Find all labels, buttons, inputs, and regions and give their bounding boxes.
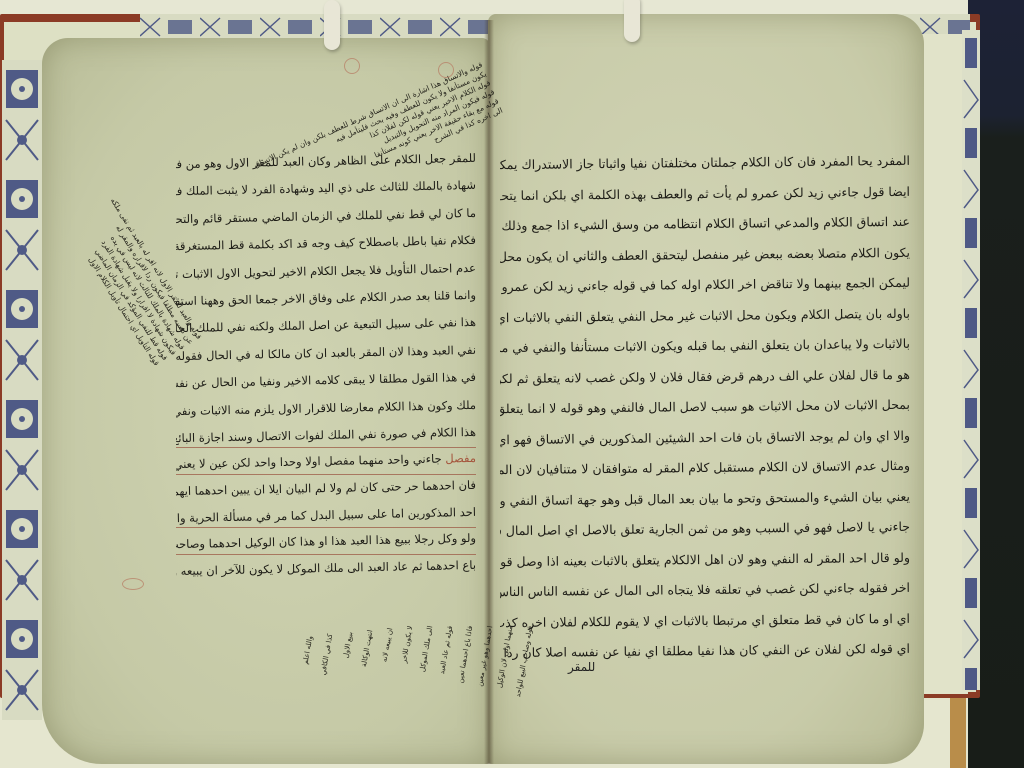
- rubric-word: مفصل: [445, 451, 476, 466]
- text-line: اي او ما كان في قط متعلق اي مرتبطا بالاث…: [500, 603, 910, 638]
- right-flyleaf: [920, 34, 968, 694]
- text-line: باوله بان يتصل الكلام ويكون محل الاثبات …: [500, 298, 910, 333]
- text-line: اخر فقوله جاءني لكن غصب في تعلقه فلا يتج…: [500, 573, 910, 608]
- text-line: ايضا قول جاءني زيد لكن عمرو لم يأت ثم وا…: [500, 176, 910, 211]
- wood-edge: [950, 698, 966, 768]
- text-line: بالاثبات ولا يباعدان بان يتعلق النفي بما…: [500, 329, 910, 364]
- photo-scene: المفرد يحا المفرد فان كان الكلام جملتان …: [0, 0, 1024, 768]
- red-annotation-mark: [438, 62, 454, 78]
- text-line: اي قوله لكن لفلان عن النفي كان هذا نفيا …: [500, 634, 910, 669]
- right-page-text: المفرد يحا المفرد فان كان الكلام جملتان …: [500, 148, 910, 667]
- text-line: باع احدهما ثم عاد العبد الى ملك الموكل ل…: [176, 552, 477, 586]
- text-line: والا اي وان لم يوجد الاتساق بان فات احد …: [500, 420, 910, 455]
- text-line: ولو قال احد المقر له النفي وهو لان اهل ا…: [500, 542, 910, 577]
- text-line: ومثال عدم الاتساق لان الكلام مستقبل كلام…: [500, 451, 910, 486]
- text-line: بمحل الاثبات لان محل الاثبات هو سبب لاصل…: [500, 390, 910, 425]
- text-line: هو ما قال لفلان علي الف درهم قرض فقال فل…: [500, 359, 910, 394]
- text-line: المفرد يحا المفرد فان كان الكلام جملتان …: [500, 146, 910, 181]
- text-line: ليمكن الجمع بينهما ولا تناقض اخر الكلام …: [500, 268, 910, 303]
- text-line: يكون الكلام متصلا بعضه ببعض غير منفصل لي…: [500, 237, 910, 272]
- page-clip-left: [324, 0, 340, 50]
- binding-pattern-right: [962, 30, 980, 690]
- red-annotation-mark: [122, 578, 144, 590]
- text-line: عند اتساق الكلام والمدعي اتساق الكلام ان…: [500, 207, 910, 242]
- text-line: يعني بيان الشيء والمستحق وتحو ما بيان بع…: [500, 481, 910, 516]
- catchword: للمقر: [568, 660, 595, 674]
- left-page-text: للمقر جعل الكلام على الظاهر وكان العبد ل…: [176, 148, 476, 582]
- red-annotation-mark: [344, 58, 360, 74]
- page-clip-right: [624, 0, 640, 42]
- text-line: جاءني يا لاصل فهو في السبب وهو من ثمن ال…: [500, 512, 910, 547]
